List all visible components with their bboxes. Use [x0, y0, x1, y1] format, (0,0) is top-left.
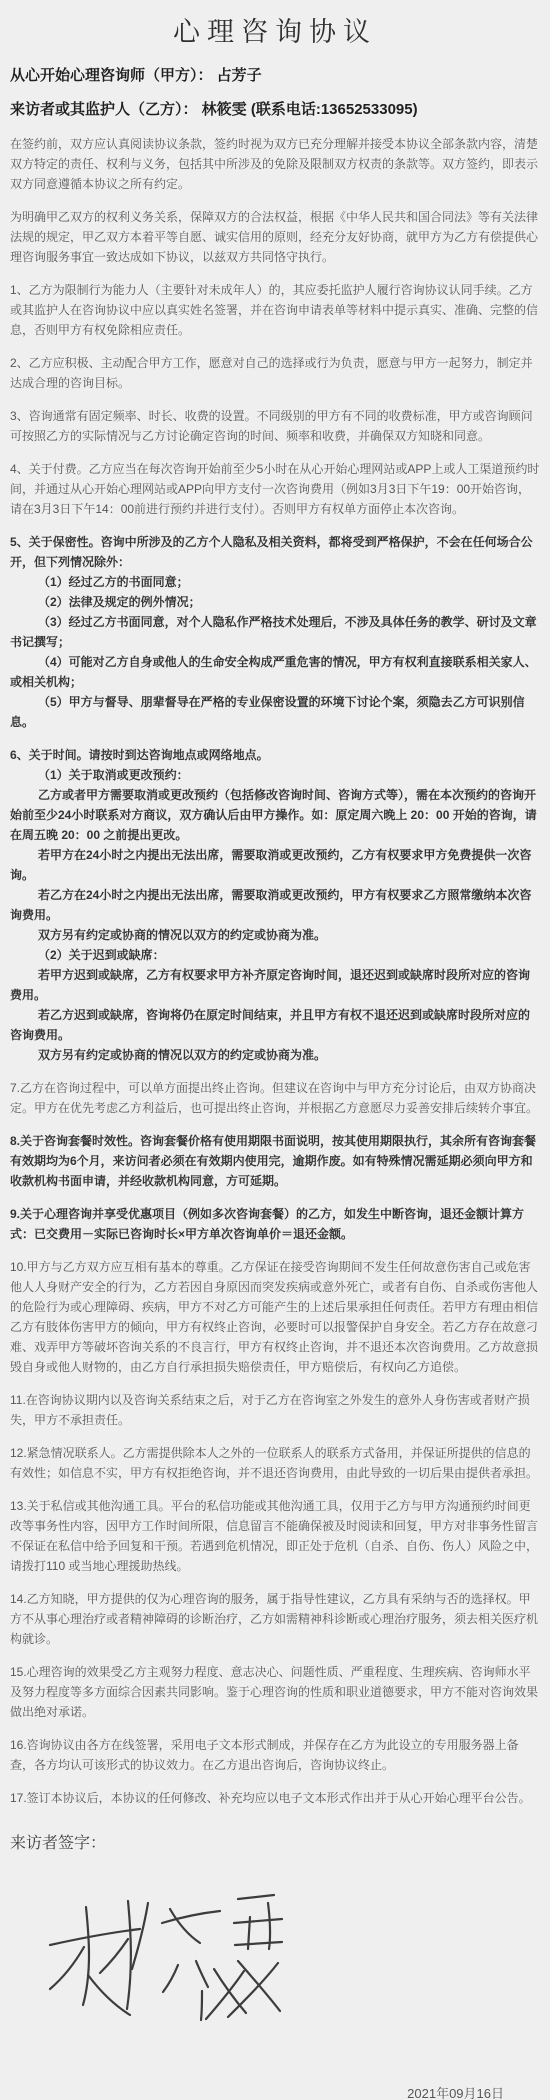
confidentiality-item-3: （3）经过乙方书面同意，对个人隐私作严格技术处理后，不涉及具体任务的教学、研讨及… [10, 612, 540, 652]
clause-10: 10.甲方与乙方双方应互相有基本的尊重。乙方保证在接受咨询期间不发生任何故意伤害… [10, 1257, 540, 1377]
intro-paragraph-2: 为明确甲乙双方的权利义务关系，保障双方的合法权益，根据《中华人民共和国合同法》等… [10, 207, 540, 267]
clause-16: 16.咨询协议由各方在线签署，采用电子文本形式制成，并保存在乙方为此设立的专用服… [10, 1735, 540, 1775]
agreement-body: 在签约前，双方应认真阅读协议条款，签约时视为双方已充分理解并接受本协议全部条款内… [10, 134, 540, 1808]
clause-12: 12.紧急情况联系人。乙方需提供除本人之外的一位联系人的联系方式备用，并保证所提… [10, 1443, 540, 1483]
clause-1: 1、乙方为限制行为能力人（主要针对未成年人）的，其应委托监护人履行咨询协议认同手… [10, 280, 540, 340]
clause-5-confidentiality: 5、关于保密性。咨询中所涉及的乙方个人隐私及相关资料，都将受到严格保护，不会在任… [10, 532, 540, 732]
clause-14: 14.乙方知晓，甲方提供的仅为心理咨询的服务，属于指导性建议，乙方具有采纳与否的… [10, 1589, 540, 1649]
lateness-term-2: 若乙方迟到或缺席，咨询将仍在原定时间结束，并且甲方有权不退还迟到或缺席时段所对应… [10, 1005, 540, 1045]
visitor-signature-label: 来访者签字： [10, 1830, 540, 1853]
signing-date: 2021年09月16日 [10, 2083, 504, 2100]
clause-4: 4、关于付费。乙方应当在每次咨询开始前至少5小时在从心开始心理网站或APP上或人… [10, 459, 540, 519]
clause-3: 3、咨询通常有固定频率、时长、收费的设置。不同级别的甲方有不同的收费标准，甲方或… [10, 406, 540, 446]
clause-8: 8.关于咨询套餐时效性。咨询套餐价格有使用期限书面说明，按其使用期限执行，其余所… [10, 1131, 540, 1191]
clause-15: 15.心理咨询的效果受乙方主观努力程度、意志决心、问题性质、严重程度、生理疾病、… [10, 1662, 540, 1722]
page-title: 心理咨询协议 [10, 10, 540, 49]
cancellation-term-2: 若甲方在24小时之内提出无法出席，需要取消或更改预约，乙方有权要求甲方免费提供一… [10, 845, 540, 885]
signature-area [42, 1887, 540, 2037]
signature-drawing [42, 1887, 292, 2035]
confidentiality-item-1: （1）经过乙方的书面同意； [10, 572, 540, 592]
clause-6-heading: 6、关于时间。请按时到达咨询地点或网络地点。 [10, 745, 540, 765]
party-b-line: 来访者或其监护人（乙方）： 林筱雯 (联系电话:13652533095) [10, 99, 540, 121]
clause-5-heading: 5、关于保密性。咨询中所涉及的乙方个人隐私及相关资料，都将受到严格保护，不会在任… [10, 532, 540, 572]
party-a-line: 从心开始心理咨询师（甲方）： 占芳子 [10, 65, 540, 87]
cancellation-term-1: 乙方或者甲方需要取消或更改预约（包括修改咨询时间、咨询方式等），需在本次预约的咨… [10, 785, 540, 845]
clause-11: 11.在咨询协议期内以及咨询关系结束之后，对于乙方在咨询室之外发生的意外人身伤害… [10, 1390, 540, 1430]
confidentiality-item-2: （2）法律及规定的例外情况； [10, 592, 540, 612]
clause-7: 7.乙方在咨询过程中，可以单方面提出终止咨询。但建议在咨询中与甲方充分讨论后，由… [10, 1078, 540, 1118]
intro-paragraph-1: 在签约前，双方应认真阅读协议条款，签约时视为双方已充分理解并接受本协议全部条款内… [10, 134, 540, 194]
clause-9: 9.关于心理咨询并享受优惠项目（例如多次咨询套餐）的乙方，如发生中断咨询，退还金… [10, 1204, 540, 1244]
lateness-subclause-heading: （2）关于迟到或缺席： [10, 945, 540, 965]
clause-2: 2、乙方应积极、主动配合甲方工作，愿意对自己的选择或行为负责，愿意与甲方一起努力… [10, 353, 540, 393]
cancellation-term-3: 若乙方在24小时之内提出无法出席，需要取消或更改预约，甲方有权要求乙方照常缴纳本… [10, 885, 540, 925]
agreement-document: 心理咨询协议 从心开始心理咨询师（甲方）： 占芳子 来访者或其监护人（乙方）： … [0, 0, 550, 2100]
confidentiality-item-5: （5）甲方与督导、朋辈督导在严格的专业保密设置的环境下讨论个案，须隐去乙方可识别… [10, 692, 540, 732]
lateness-term-1: 若甲方迟到或缺席，乙方有权要求甲方补齐原定咨询时间，退还迟到或缺席时段所对应的咨… [10, 965, 540, 1005]
confidentiality-item-4: （4）可能对乙方自身或他人的生命安全构成严重危害的情况，甲方有权利直接联系相关家… [10, 652, 540, 692]
clause-13: 13.关于私信或其他沟通工具。平台的私信功能或其他沟通工具，仅用于乙方与甲方沟通… [10, 1496, 540, 1576]
clause-6-time: 6、关于时间。请按时到达咨询地点或网络地点。 （1）关于取消或更改预约： 乙方或… [10, 745, 540, 1065]
cancellation-term-4: 双方另有约定或协商的情况以双方的约定或协商为准。 [10, 925, 540, 945]
clause-17: 17.签订本协议后，本协议的任何修改、补充均应以电子文本形式作出并于从心开始心理… [10, 1788, 540, 1808]
lateness-term-3: 双方另有约定或协商的情况以双方的约定或协商为准。 [10, 1045, 540, 1065]
cancellation-subclause-heading: （1）关于取消或更改预约： [10, 765, 540, 785]
